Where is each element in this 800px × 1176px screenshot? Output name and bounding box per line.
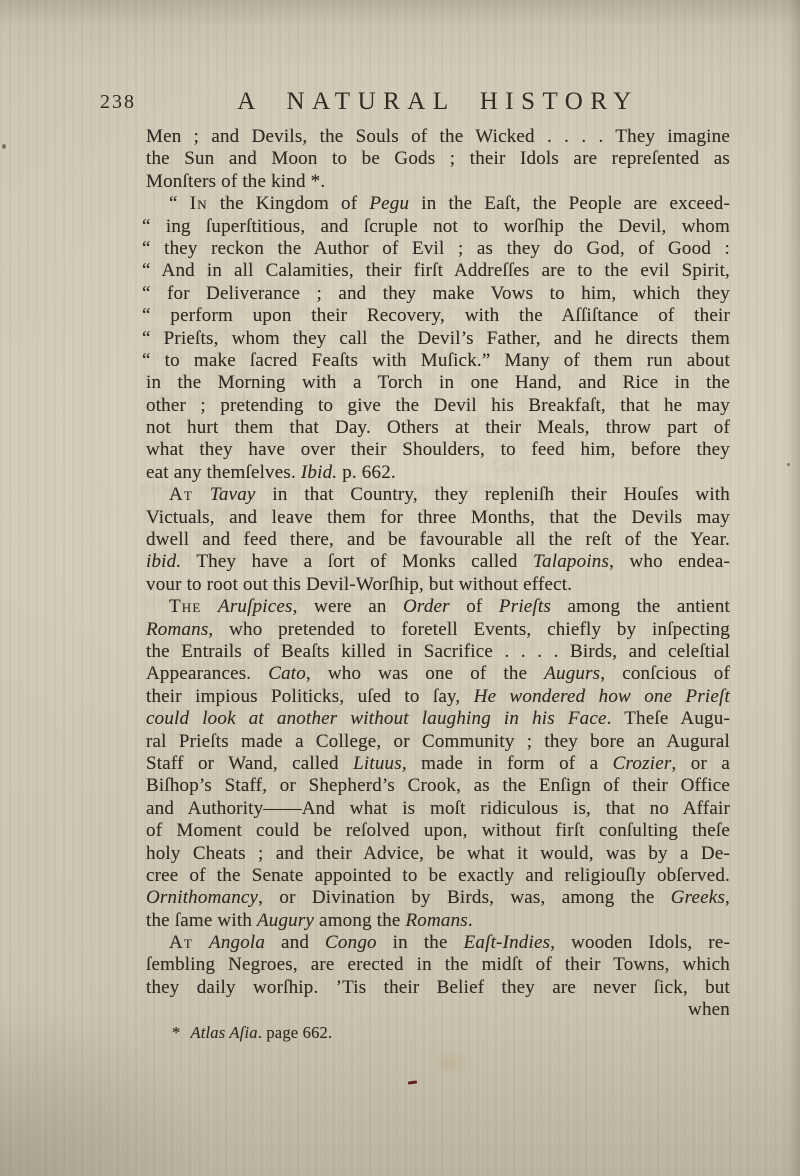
catchword: when <box>146 999 730 1021</box>
text-line: in the Morning with a Torch in one Hand,… <box>146 372 730 394</box>
text-line: Appearances. Cato, who was one of the Au… <box>146 663 730 685</box>
text-line: Victuals, and leave them for three Month… <box>146 507 730 529</box>
text-line: could look at another without laughing i… <box>146 708 730 730</box>
text-line: dwell and feed there, and be favourable … <box>146 529 730 551</box>
text-line: “ to make ſacred Feaſts with Muſick.” Ma… <box>142 350 730 372</box>
text-line: eat any themſelves. Ibid. p. 662. <box>146 462 730 484</box>
ink-speck <box>2 144 6 149</box>
text-line: The Aruſpices, were an Order of Prieſts … <box>146 596 730 618</box>
text-line: other ; pretending to give the Devil his… <box>146 395 730 417</box>
text-line: At Tavay in that Country, they repleniſh… <box>146 484 730 506</box>
text-line: Men ; and Devils, the Souls of the Wicke… <box>146 126 730 148</box>
text-line: Biſhop’s Staff, or Shepherd’s Crook, as … <box>146 775 730 797</box>
text-line: “ for Deliverance ; and they make Vows t… <box>142 283 730 305</box>
text-line: Staff or Wand, called Lituus, made in fo… <box>146 753 730 775</box>
text-line: “ And in all Calamities, their firſt Add… <box>142 260 730 282</box>
text-line: the ſame with Augury among the Romans. <box>146 910 730 932</box>
text-line: vour to root out this Devil-Worſhip, but… <box>146 574 730 596</box>
text-line: holy Cheats ; and their Advice, be what … <box>146 843 730 865</box>
text-line: the Sun and Moon to be Gods ; their Idol… <box>146 148 730 170</box>
text-line: “ ing ſuperſtitious, and ſcruple not to … <box>142 216 730 238</box>
text-line: their impious Politicks, uſed to ſay, He… <box>146 686 730 708</box>
paper-stain <box>620 950 690 1000</box>
text-line: “ Prieſts, whom they call the Devil’s Fa… <box>142 328 730 350</box>
text-line: the Entrails of Beaſts killed in Sacrifi… <box>146 641 730 663</box>
text-line: “ In the Kingdom of Pegu in the Eaſt, th… <box>146 193 730 215</box>
text-line: Romans, who pretended to foretell Events… <box>146 619 730 641</box>
text-line: what they have over their Shoulders, to … <box>146 439 730 461</box>
page-number: 238 <box>100 92 136 112</box>
text-line: of Moment could be reſolved upon, withou… <box>146 820 730 842</box>
text-line: Ornithomancy, or Divination by Birds, wa… <box>146 887 730 909</box>
footnote: *Atlas Aſia. page 662. <box>146 1023 730 1043</box>
text-line: ral Prieſts made a College, or Community… <box>146 731 730 753</box>
text-line: cree of the Senate appointed to be exact… <box>146 865 730 887</box>
paper-stain <box>430 1050 470 1076</box>
ink-speck <box>787 463 790 466</box>
book-page: 238 A NATURAL HISTORY Men ; and Devils, … <box>0 0 800 1176</box>
red-ink-mark <box>408 1080 417 1084</box>
text-line: Monſters of the kind *. <box>146 171 730 193</box>
text-line: and Authority——And what is moſt ridiculo… <box>146 798 730 820</box>
running-title: A NATURAL HISTORY <box>146 89 730 114</box>
text-line: “ they reckon the Author of Evil ; as th… <box>142 238 730 260</box>
text-line: not hurt them that Day. Others at their … <box>146 417 730 439</box>
text-line: ibid. They have a ſort of Monks called T… <box>146 551 730 573</box>
page-top-shading <box>0 0 800 26</box>
text-line: “ perform upon their Recovery, with the … <box>142 305 730 327</box>
footnote-marker: * <box>172 1023 180 1042</box>
text-block: Men ; and Devils, the Souls of the Wicke… <box>146 126 730 1043</box>
